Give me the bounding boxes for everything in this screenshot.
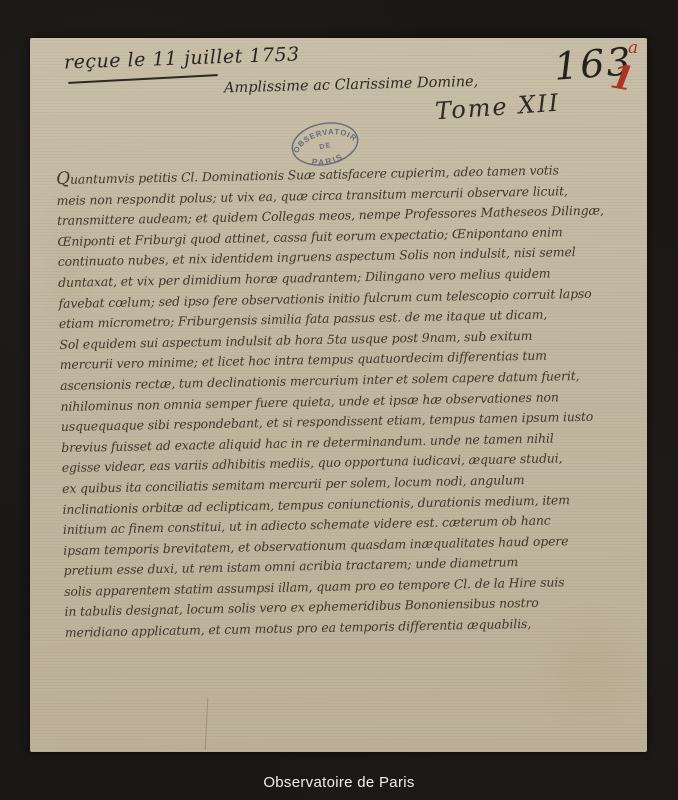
stamp-text-middle: DE (318, 140, 332, 151)
salutation-line: Amplissime ac Clarissime Domine, (224, 74, 484, 97)
tome-annotation: Tome XII (434, 89, 561, 126)
manuscript-page: reçue le 11 juillet 1753 Amplissime ac C… (30, 38, 647, 752)
folio-number-group: 163 1 a (554, 42, 654, 112)
letter-body: Quantumvis petitis Cl. Dominationis Suæ … (56, 158, 657, 644)
paper-crease (205, 698, 209, 750)
received-date-annotation: reçue le 11 juillet 1753 (64, 40, 385, 73)
archive-caption: Observatoire de Paris (0, 774, 678, 791)
folio-red-superscript: a (628, 38, 638, 58)
received-date-underline (68, 74, 218, 84)
